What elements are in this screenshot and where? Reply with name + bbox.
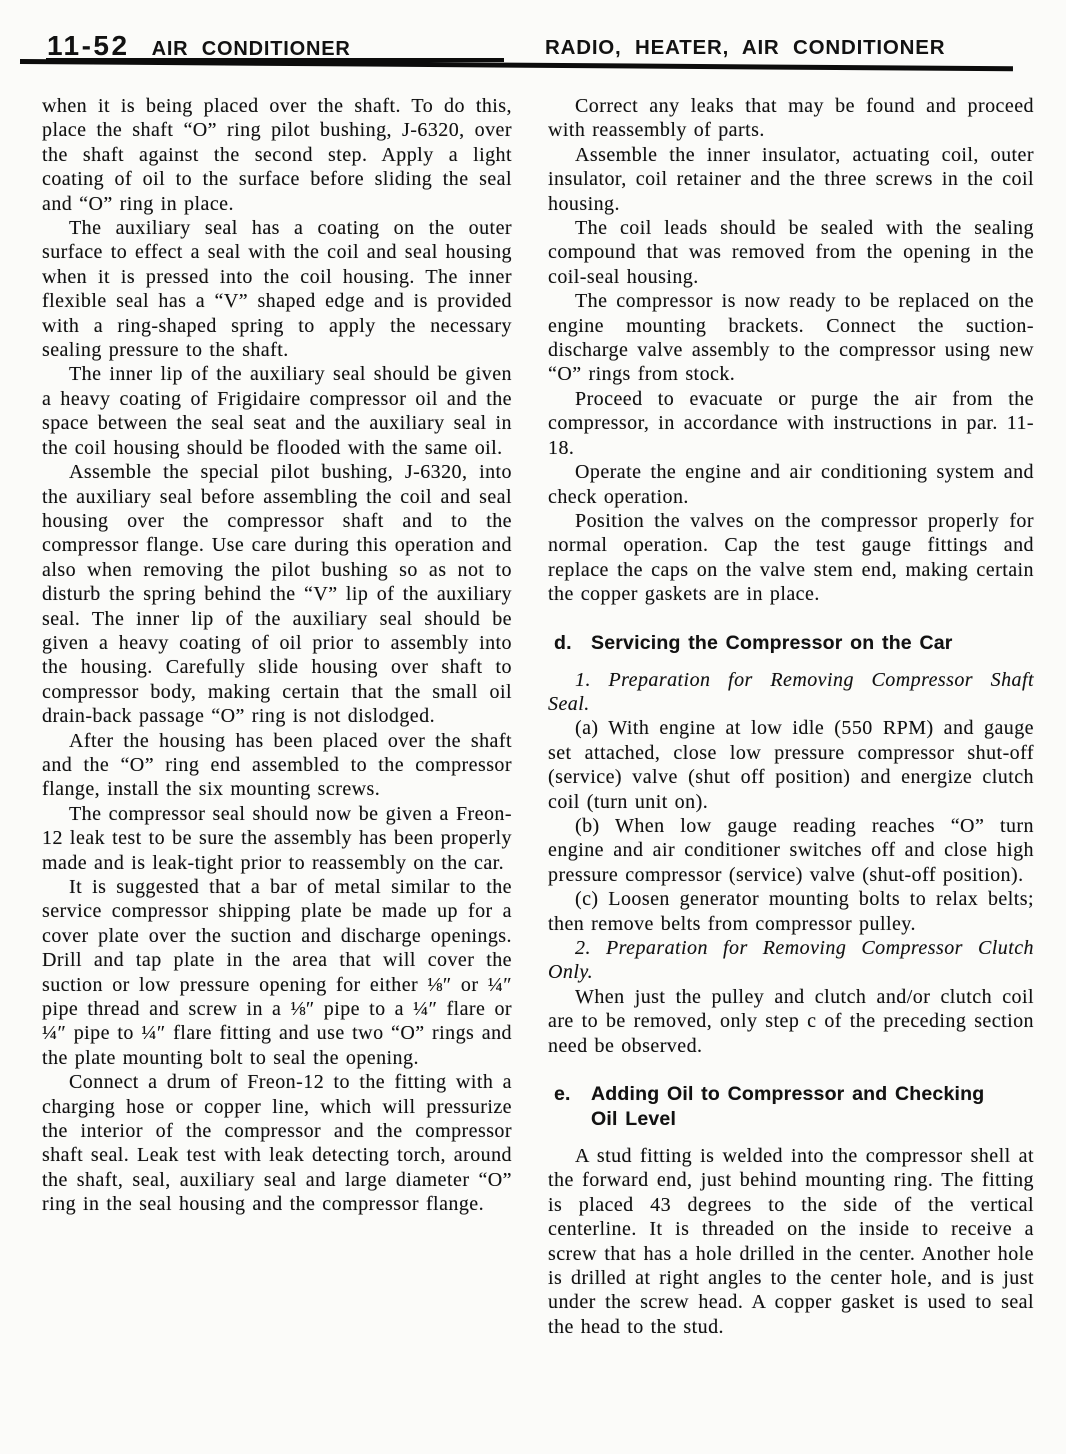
- paragraph: The compressor seal should now be given …: [42, 802, 512, 875]
- subsection-heading-e: e. Adding Oil to Compressor and Checking…: [554, 1082, 1034, 1132]
- manual-page: 11-52 AIR CONDITIONER RADIO, HEATER, AIR…: [0, 0, 1066, 1454]
- subsection-title: Servicing the Compressor on the Car: [591, 631, 1034, 656]
- step-paragraph-b: (b) When low gauge reading reaches “O” t…: [548, 814, 1034, 887]
- paragraph: The coil leads should be sealed with the…: [548, 216, 1034, 289]
- paragraph: A stud fitting is welded into the compre…: [548, 1144, 1034, 1339]
- paragraph: After the housing has been placed over t…: [42, 729, 512, 802]
- subsection-label: d.: [554, 631, 591, 656]
- paragraph: The auxiliary seal has a coating on the …: [42, 216, 512, 362]
- paragraph: Connect a drum of Freon-12 to the fittin…: [42, 1070, 512, 1216]
- paragraph: The inner lip of the auxiliary seal shou…: [42, 362, 512, 460]
- running-head: RADIO, HEATER, AIR CONDITIONER: [545, 36, 945, 60]
- paragraph: Proceed to evacuate or purge the air fro…: [548, 387, 1034, 460]
- subsection-title: Adding Oil to Compressor and Checking Oi…: [591, 1082, 1034, 1132]
- subsection-label: e.: [554, 1082, 591, 1132]
- paragraph: When just the pulley and clutch and/or c…: [548, 985, 1034, 1058]
- paragraph: It is suggested that a bar of metal simi…: [42, 875, 512, 1070]
- paragraph: The compressor is now ready to be replac…: [548, 289, 1034, 387]
- paragraph: Position the valves on the compressor pr…: [548, 509, 1034, 607]
- paragraph: Operate the engine and air conditioning …: [548, 460, 1034, 509]
- left-column: when it is being placed over the shaft. …: [42, 94, 512, 1339]
- italic-subheading: 1. Preparation for Removing Compressor S…: [548, 668, 1034, 717]
- right-column: Correct any leaks that may be found and …: [548, 94, 1034, 1339]
- paragraph: Correct any leaks that may be found and …: [548, 94, 1034, 143]
- paragraph: Assemble the special pilot bushing, J-63…: [42, 460, 512, 728]
- step-paragraph-a: (a) With engine at low idle (550 RPM) an…: [548, 716, 1034, 814]
- step-paragraph-c: (c) Loosen generator mounting bolts to r…: [548, 887, 1034, 936]
- subsection-heading-d: d. Servicing the Compressor on the Car: [554, 631, 1034, 656]
- paragraph: Assemble the inner insulator, actuating …: [548, 143, 1034, 216]
- paragraph: when it is being placed over the shaft. …: [42, 94, 512, 216]
- two-column-body: when it is being placed over the shaft. …: [42, 94, 1034, 1339]
- italic-subheading: 2. Preparation for Removing Compressor C…: [548, 936, 1034, 985]
